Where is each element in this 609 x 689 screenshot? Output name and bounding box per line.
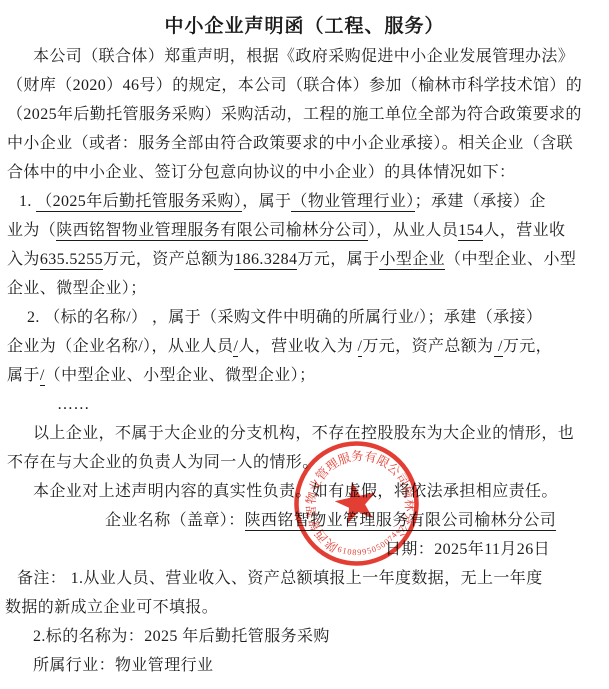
doc-line: 本企业对上述声明内容的真实性负责。如有虚假，将依法承担相应责任。 <box>33 481 558 503</box>
doc-line: 入为635.5255万元，资产总额为186.3284万元，属于小型企业（中型企业… <box>7 249 576 271</box>
doc-line: 企业、微型企业）； <box>7 278 147 300</box>
doc-line: （财库（2020）46号）的规定，本公司（联合体）参加（榆林市科学技术馆）的 <box>7 75 582 97</box>
fill-in-underlined: 小型企业 <box>379 251 445 270</box>
doc-text: 属于 <box>7 367 40 384</box>
fill-in-underlined: / <box>494 338 503 357</box>
doc-text: 企业、微型企业）； <box>7 280 147 297</box>
doc-line: （2025年后勤托管服务采购）采购活动，工程的施工单位全部为符合政策要求的 <box>7 104 582 126</box>
doc-text: ，属于 <box>242 193 291 210</box>
doc-line: 中小企业（或者：服务全部由符合政策要求的中小企业承接）。相关企业（含联 <box>7 133 573 155</box>
doc-text: …… <box>57 396 90 413</box>
doc-text: ），从业人员 <box>368 222 458 239</box>
doc-line: 本公司（联合体）郑重声明，根据《政府采购促进中小企业发展管理办法》 <box>33 46 574 68</box>
doc-text: 本公司（联合体）郑重声明，根据《政府采购促进中小企业发展管理办法》 <box>33 48 574 65</box>
doc-line: 以上企业，不属于大企业的分支机构，不存在控股股东为大企业的情形，也 <box>33 423 574 445</box>
doc-text: 不存在与大企业的负责人为同一人的情形。 <box>7 454 319 471</box>
doc-line: 不存在与大企业的负责人为同一人的情形。 <box>7 452 319 474</box>
doc-text: 2.标的名称为：2025 年后勤托管服务采购 <box>33 628 330 645</box>
doc-line: 企业为（企业名称/），从业人员/人，营业收入为 /万元，资产总额为 /万元， <box>7 336 552 358</box>
fill-in-underlined: 陕西铭智物业管理服务有限公司榆林分公司 <box>56 222 368 241</box>
doc-text: 万元，资产总额为 <box>103 251 234 268</box>
doc-text: 备注： 1.从业人员、营业收入、资产总额填报上一年度数据，无上一年度 <box>17 570 543 587</box>
doc-text: （中型企业、小型 <box>445 251 576 268</box>
doc-text: 业为（ <box>7 222 56 239</box>
doc-text: 本企业对上述声明内容的真实性负责。如有虚假，将依法承担相应责任。 <box>33 483 558 500</box>
doc-line: 数据的新成立企业可不填报。 <box>5 597 218 619</box>
doc-text: （财库（2020）46号）的规定，本公司（联合体）参加（榆林市科学技术馆）的 <box>7 77 582 94</box>
fill-in-underlined: （物业管理行业） <box>291 193 414 212</box>
doc-text: 万元， <box>503 338 552 355</box>
doc-text: 合体中的中小企业、签订分包意向协议的中小企业）的具体情况如下： <box>7 164 515 181</box>
doc-line: 2. （标的名称/） ，属于（采购文件中明确的所属行业/）；承建（承接） <box>27 307 542 329</box>
doc-line: 1. （2025年后勤托管服务采购），属于（物业管理行业）；承建（承接）企 <box>19 191 546 213</box>
fill-in-underlined: （2025年后勤托管服务采购） <box>36 193 242 212</box>
doc-text: 日期：2025年11月26日 <box>385 541 550 558</box>
fill-in-underlined: 635.5255 <box>40 251 103 270</box>
doc-text: 所属行业：物业管理行业 <box>33 657 213 674</box>
fill-in-underlined: 186.3284 <box>234 251 297 270</box>
fill-in-underlined: 154 <box>458 222 483 241</box>
declaration-document: 中小企业声明函（工程、服务） 本公司（联合体）郑重声明，根据《政府采购促进中小企… <box>0 0 609 689</box>
doc-text: 以上企业，不属于大企业的分支机构，不存在控股股东为大企业的情形，也 <box>33 425 574 442</box>
doc-text: （2025年后勤托管服务采购）采购活动，工程的施工单位全部为符合政策要求的 <box>7 106 582 123</box>
doc-text: 中小企业（或者：服务全部由符合政策要求的中小企业承接）。相关企业（含联 <box>7 135 573 152</box>
doc-line: …… <box>57 394 90 416</box>
doc-line: 备注： 1.从业人员、营业收入、资产总额填报上一年度数据，无上一年度 <box>17 568 543 590</box>
doc-line: 合体中的中小企业、签订分包意向协议的中小企业）的具体情况如下： <box>7 162 515 184</box>
doc-text: 万元，属于 <box>297 251 379 268</box>
doc-text: 入为 <box>7 251 40 268</box>
doc-text: 1. <box>19 193 36 210</box>
document-body: 本公司（联合体）郑重声明，根据《政府采购促进中小企业发展管理办法》（财库（202… <box>0 0 609 689</box>
doc-text: ；承建（承接）企 <box>415 193 546 210</box>
doc-line: 日期：2025年11月26日 <box>385 539 550 561</box>
doc-line: 2.标的名称为：2025 年后勤托管服务采购 <box>33 626 330 648</box>
doc-text: 企业为（企业名称/），从业人员 <box>7 338 233 355</box>
doc-text: 2. （标的名称/） ，属于（采购文件中明确的所属行业/）；承建（承接） <box>27 309 542 326</box>
doc-line: 所属行业：物业管理行业 <box>33 655 213 677</box>
doc-line: 企业名称（盖章）：陕西铭智物业管理服务有限公司榆林分公司 <box>105 510 556 532</box>
doc-text: 万元，资产总额为 <box>362 338 493 355</box>
doc-text: 人，营业收 <box>483 222 565 239</box>
doc-text: 数据的新成立企业可不填报。 <box>5 599 218 616</box>
doc-line: 业为（陕西铭智物业管理服务有限公司榆林分公司），从业人员154人，营业收 <box>7 220 565 242</box>
fill-in-underlined: 陕西铭智物业管理服务有限公司榆林分公司 <box>245 512 557 531</box>
doc-text: （中型企业、小型企业、微型企业）； <box>45 367 316 384</box>
doc-text: 人，营业收入为 <box>238 338 357 355</box>
doc-line: 属于/（中型企业、小型企业、微型企业）； <box>7 365 315 387</box>
doc-text: 企业名称（盖章）： <box>105 512 245 529</box>
